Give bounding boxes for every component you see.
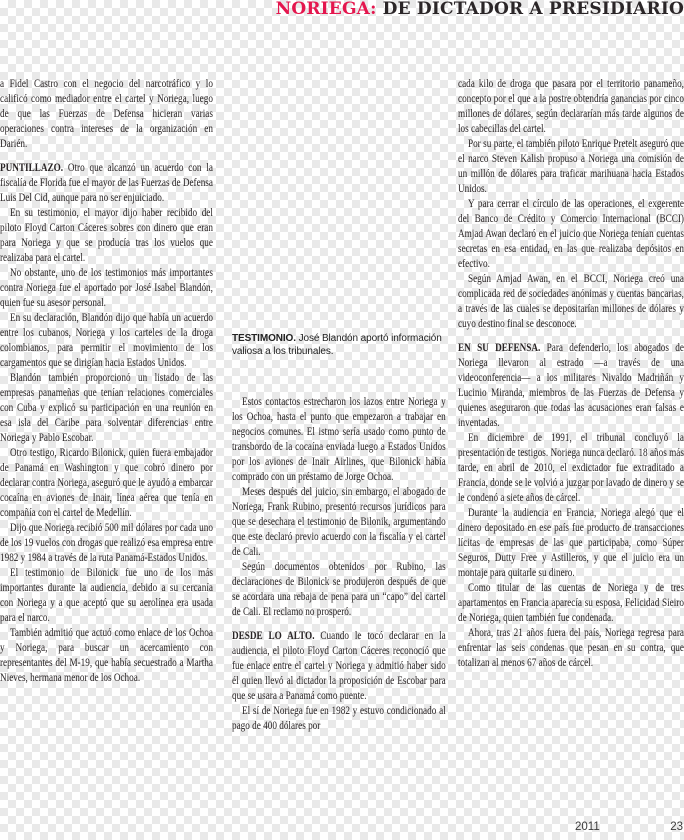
title-rest: DE DICTADOR A PRESIDIARIO bbox=[377, 0, 684, 19]
paragraph: También admitió que actuó como enlace de… bbox=[0, 625, 213, 685]
section-paragraph: DESDE LO ALTO. Cuando le tocó declarar e… bbox=[232, 628, 446, 703]
section-lead: EN SU DEFENSA. bbox=[458, 340, 547, 354]
article-columns: a Fidel Castro con el negocio del narcot… bbox=[0, 76, 684, 840]
section-paragraph: EN SU DEFENSA. Para defenderlo, los abog… bbox=[458, 340, 684, 430]
page-footer: 2011 23 bbox=[0, 821, 684, 837]
paragraph: Estos contactos estrecharon los lazos en… bbox=[232, 394, 446, 484]
photo-caption: TESTIMONIO. José Blandón aportó informac… bbox=[232, 332, 446, 358]
section-lead: DESDE LO ALTO. bbox=[232, 628, 320, 642]
column-middle-text: Estos contactos estrecharon los lazos en… bbox=[232, 394, 446, 733]
column-left: a Fidel Castro con el negocio del narcot… bbox=[0, 76, 213, 840]
paragraph: Meses después del juicio, sin embargo, e… bbox=[232, 484, 446, 559]
paragraph: El sí de Noriega fue en 1982 y estuvo co… bbox=[232, 703, 446, 733]
paragraph: El testimonio de Bilonick fue uno de los… bbox=[0, 565, 213, 625]
section-paragraph: PUNTILLAZO. Otro que alcanzó un acuerdo … bbox=[0, 160, 213, 205]
page-title: NORIEGA: DE DICTADOR A PRESIDIARIO bbox=[276, 0, 684, 18]
column-middle: TESTIMONIO. José Blandón aportó informac… bbox=[213, 76, 446, 840]
magazine-page: NORIEGA: DE DICTADOR A PRESIDIARIO a Fid… bbox=[0, 0, 684, 840]
paragraph: En su testimonio, el mayor dijo haber re… bbox=[0, 205, 213, 265]
paragraph: Otro testigo, Ricardo Bilonick, quien fu… bbox=[0, 445, 213, 520]
photo-placeholder bbox=[232, 76, 446, 332]
paragraph: No obstante, uno de los testimonios más … bbox=[0, 265, 213, 310]
paragraph: Durante la audiencia en Francia, Noriega… bbox=[458, 505, 684, 580]
footer-page-number: 23 bbox=[670, 821, 683, 833]
paragraph: Según documentos obtenidos por Rubino, l… bbox=[232, 559, 446, 619]
paragraph: En su declaración, Blandón dijo que habí… bbox=[0, 310, 213, 370]
column-left-text: a Fidel Castro con el negocio del narcot… bbox=[0, 76, 213, 685]
paragraph: En diciembre de 1991, el tribunal conclu… bbox=[458, 430, 684, 505]
paragraph: Como titular de las cuentas de Noriega y… bbox=[458, 580, 684, 625]
paragraph: a Fidel Castro con el negocio del narcot… bbox=[0, 76, 213, 151]
paragraph: Y para cerrar el círculo de las operacio… bbox=[458, 196, 684, 271]
paragraph: Dijo que Noriega recibió 500 mil dólares… bbox=[0, 520, 213, 565]
paragraph: Blandón también proporcionó un listado d… bbox=[0, 370, 213, 445]
footer-year: 2011 bbox=[575, 821, 600, 833]
paragraph: Por su parte, el también piloto Enrique … bbox=[458, 136, 684, 196]
caption-lead: TESTIMONIO. bbox=[232, 333, 296, 344]
paragraph: Ahora, tras 21 años fuera del país, Nori… bbox=[458, 625, 684, 670]
paragraph: cada kilo de droga que pasara por el ter… bbox=[458, 76, 684, 136]
section-lead: PUNTILLAZO. bbox=[0, 160, 68, 174]
title-highlight: NORIEGA: bbox=[276, 0, 377, 19]
paragraph: Según Amjad Awan, en el BCCI, Noriega cr… bbox=[458, 271, 684, 331]
column-right: cada kilo de droga que pasara por el ter… bbox=[446, 76, 684, 840]
column-right-text: cada kilo de droga que pasara por el ter… bbox=[458, 76, 684, 670]
